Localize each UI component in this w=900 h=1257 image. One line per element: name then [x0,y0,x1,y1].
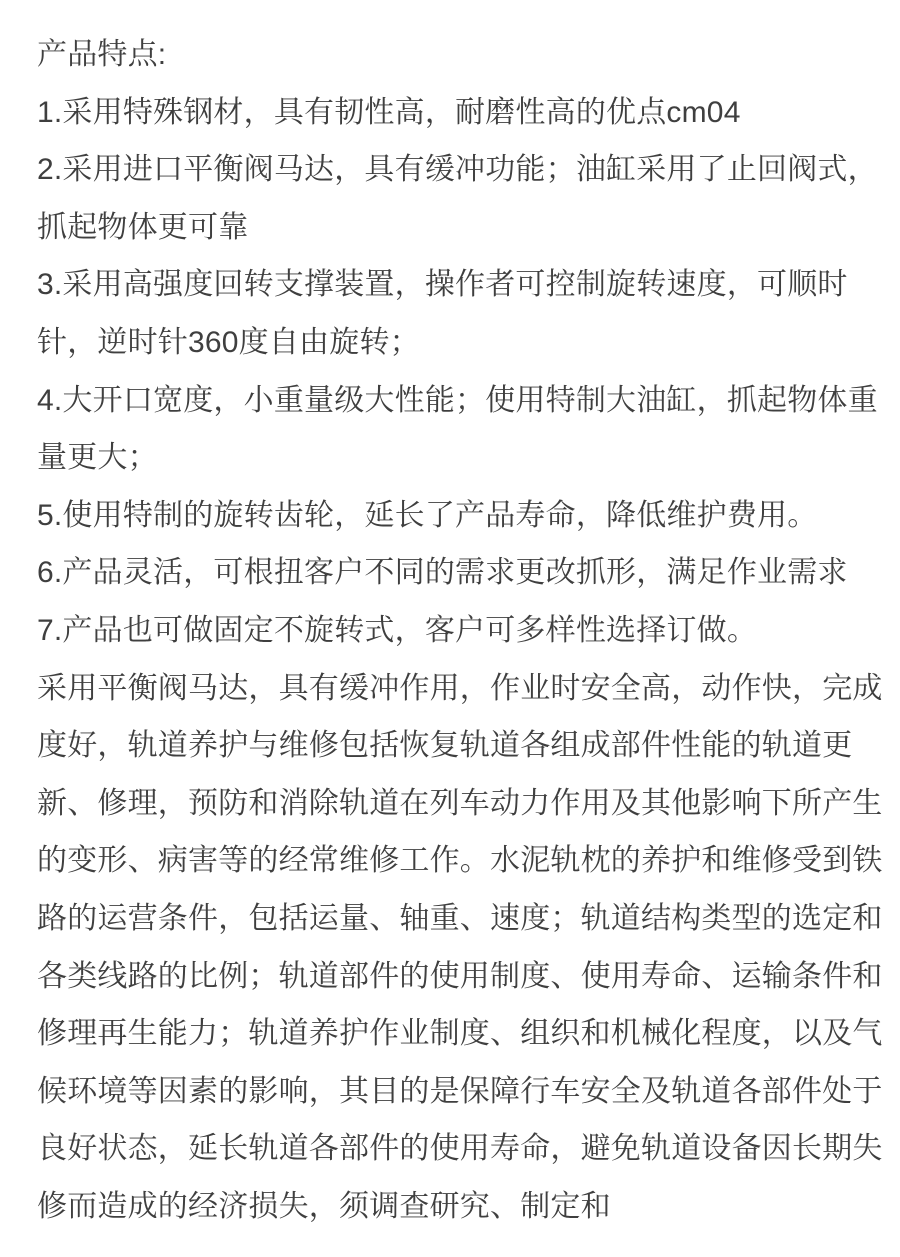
text-line: 采用平衡阀马达，具有缓冲作用，作业时安全高，动作快，完成 [37,660,872,718]
text-line: 量更大； [37,429,872,487]
text-line: 6.产品灵活，可根扭客户不同的需求更改抓形，满足作业需求 [37,544,872,602]
text-line: 7.产品也可做固定不旋转式，客户可多样性选择订做。 [37,602,872,660]
text-line: 各类线路的比例；轨道部件的使用制度、使用寿命、运输条件和 [37,948,872,1006]
text-line: 路的运营条件，包括运量、轴重、速度；轨道结构类型的选定和 [37,890,872,948]
text-line: 新、修理，预防和消除轨道在列车动力作用及其他影响下所产生 [37,775,872,833]
product-description-document: 产品特点: 1.采用特殊钢材，具有韧性高，耐磨性高的优点cm042.采用进口平衡… [0,0,900,1235]
text-line: 3.采用高强度回转支撑装置，操作者可控制旋转速度，可顺时 [37,256,872,314]
text-line: 抓起物体更可靠 [37,199,872,257]
section-heading: 产品特点: [37,26,872,84]
text-line: 的变形、病害等的经常维修工作。水泥轨枕的养护和维修受到铁 [37,832,872,890]
text-line: 度好，轨道养护与维修包括恢复轨道各组成部件性能的轨道更 [37,717,872,775]
text-line: 候环境等因素的影响，其目的是保障行车安全及轨道各部件处于 [37,1063,872,1121]
text-line: 1.采用特殊钢材，具有韧性高，耐磨性高的优点cm04 [37,84,872,142]
text-line: 良好状态，延长轨道各部件的使用寿命，避免轨道设备因长期失 [37,1120,872,1178]
description-text-lines: 1.采用特殊钢材，具有韧性高，耐磨性高的优点cm042.采用进口平衡阀马达，具有… [37,84,872,1236]
text-line: 5.使用特制的旋转齿轮，延长了产品寿命，降低维护费用。 [37,487,872,545]
text-line: 4.大开口宽度，小重量级大性能；使用特制大油缸，抓起物体重 [37,372,872,430]
text-line: 修理再生能力；轨道养护作业制度、组织和机械化程度，以及气 [37,1005,872,1063]
text-line: 2.采用进口平衡阀马达，具有缓冲功能；油缸采用了止回阀式， [37,141,872,199]
text-line: 修而造成的经济损失，须调查研究、制定和 [37,1178,872,1236]
text-line: 针，逆时针360度自由旋转； [37,314,872,372]
